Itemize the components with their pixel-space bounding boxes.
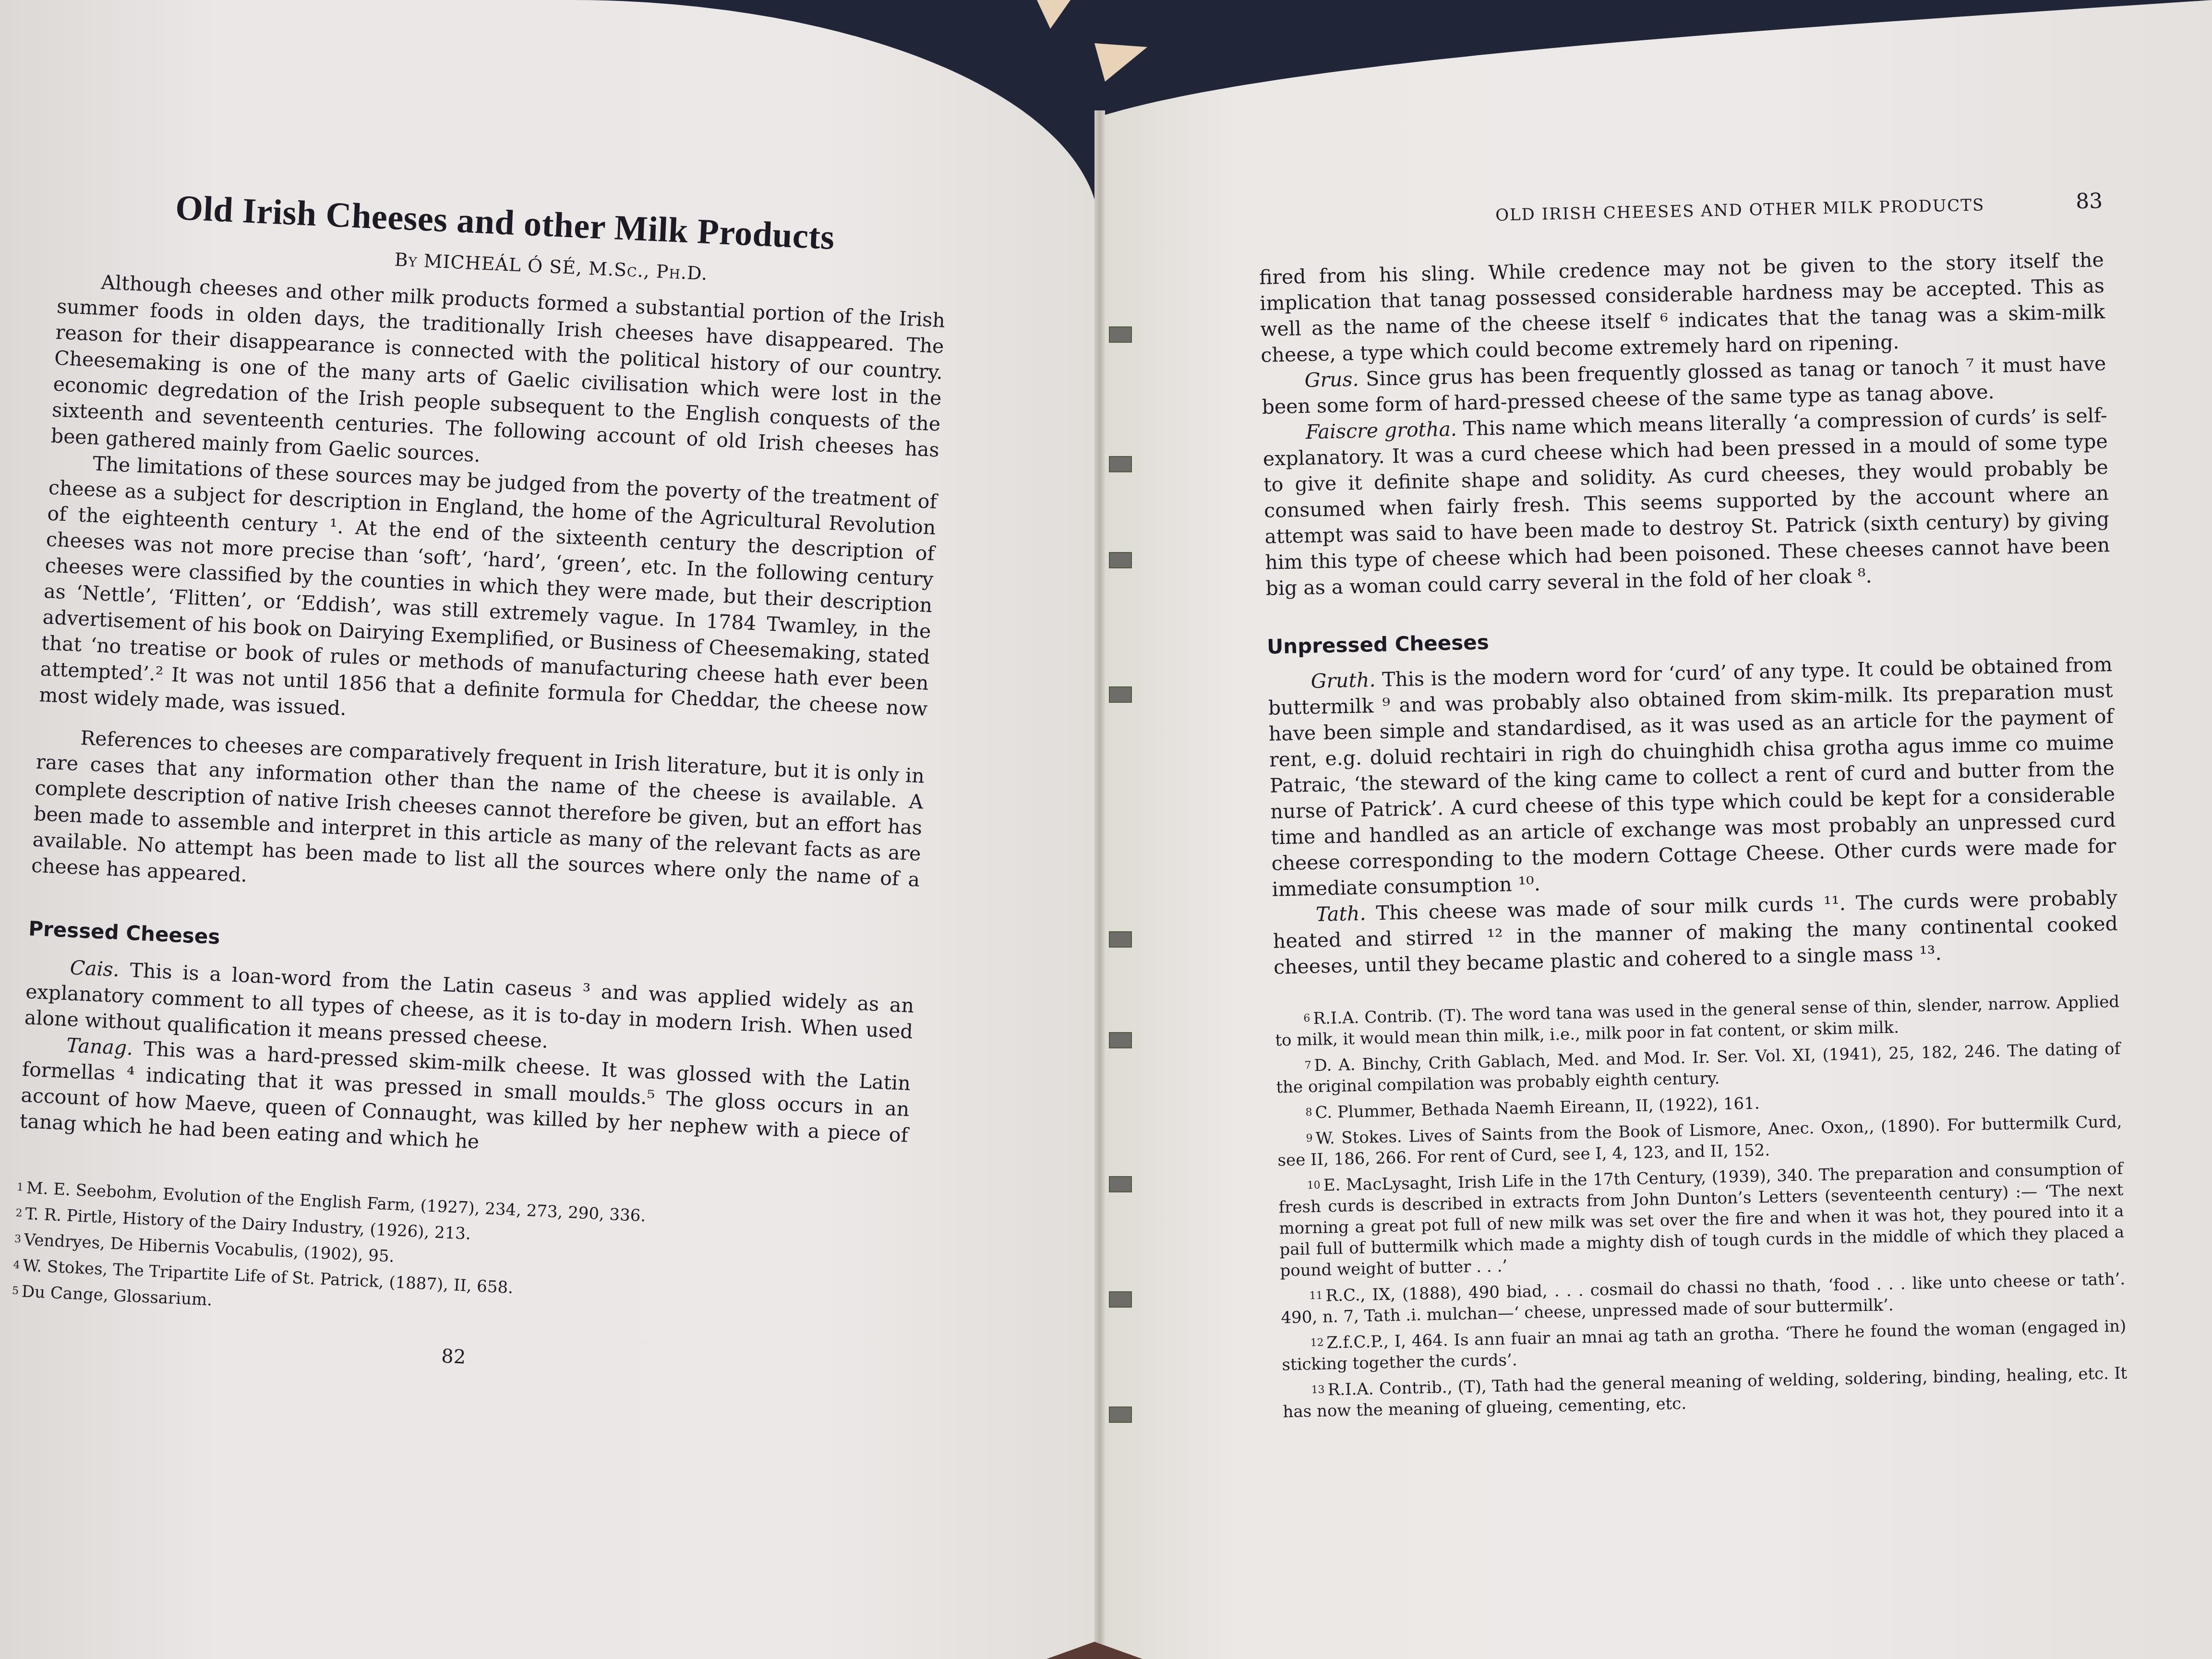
footnote: 10E. MacLysaght, Irish Life in the 17th … bbox=[1278, 1158, 2125, 1282]
footnote-number: 13 bbox=[1311, 1384, 1325, 1396]
running-head-title: OLD IRISH CHEESES AND OTHER MILK PRODUCT… bbox=[1495, 195, 1985, 225]
entry-term: Grus. bbox=[1304, 368, 1359, 392]
section-heading-unpressed-cheeses: Unpressed Cheeses bbox=[1267, 617, 2112, 659]
book-cover-edge bbox=[1046, 1642, 1142, 1659]
entry-text: This is the modern word for ‘curd’ of an… bbox=[1268, 653, 2116, 901]
footnote-number: 9 bbox=[1306, 1132, 1313, 1144]
binding-stitch bbox=[1109, 326, 1132, 343]
book-spine bbox=[1094, 110, 1105, 1659]
limitations-paragraph: The limitations of these sources may be … bbox=[38, 448, 938, 747]
continuation-paragraph: fired from his sling. While credence may… bbox=[1259, 247, 2106, 368]
footnote-number: 11 bbox=[1309, 1290, 1323, 1302]
left-footnotes: 1M. E. Seebohm, Evolution of the English… bbox=[12, 1177, 904, 1342]
footnote-number: 8 bbox=[1305, 1106, 1312, 1118]
binding-stitch bbox=[1109, 1032, 1132, 1048]
binding-stitch bbox=[1109, 931, 1132, 948]
right-footnotes: 6R.I.A. Contrib. (T). The word tana was … bbox=[1274, 991, 2128, 1423]
footnote-number: 2 bbox=[15, 1207, 23, 1220]
footnote-number: 3 bbox=[14, 1233, 21, 1246]
binding-stitch bbox=[1109, 1407, 1132, 1423]
footnote-number: 5 bbox=[12, 1285, 19, 1298]
binding-stitch bbox=[1109, 552, 1132, 568]
entry-faiscre-grotha: Faiscre grotha. This name which means li… bbox=[1262, 402, 2111, 601]
entry-term: Tanag. bbox=[66, 1034, 133, 1059]
entry-term: Gruth. bbox=[1310, 668, 1376, 693]
entry-text: This cheese was made of sour milk curds … bbox=[1273, 886, 2118, 979]
right-page-content: OLD IRISH CHEESES AND OTHER MILK PRODUCT… bbox=[1258, 189, 2128, 1427]
binding-stitch bbox=[1109, 1176, 1132, 1192]
binding-stitch bbox=[1109, 1291, 1132, 1308]
references-paragraph: References to cheeses are comparatively … bbox=[31, 723, 925, 919]
footnote-number: 12 bbox=[1310, 1337, 1324, 1349]
footnote-text: Du Cange, Glossarium. bbox=[21, 1282, 213, 1310]
entry-gruth: Gruth. This is the modern word for ‘curd… bbox=[1267, 651, 2117, 902]
footnote-number: 4 bbox=[13, 1259, 20, 1272]
footnote-number: 10 bbox=[1307, 1179, 1321, 1192]
footnote-number: 7 bbox=[1304, 1059, 1311, 1071]
left-page-content: Old Irish Cheeses and other Milk Product… bbox=[10, 182, 950, 1388]
footnote-text: E. MacLysaght, Irish Life in the 17th Ce… bbox=[1278, 1159, 2124, 1281]
footnote-number: 1 bbox=[16, 1181, 24, 1194]
binding-stitch bbox=[1109, 686, 1132, 703]
entry-term: Cais. bbox=[70, 956, 120, 981]
entry-term: Tath. bbox=[1315, 902, 1366, 926]
entry-term: Faiscre grotha. bbox=[1305, 417, 1457, 444]
binding-stitch bbox=[1109, 456, 1132, 472]
page-number-right: 83 bbox=[2076, 189, 2103, 214]
footnote-number: 6 bbox=[1303, 1012, 1310, 1024]
footnote-text: C. Plummer, Bethada Naemh Eireann, II, (… bbox=[1315, 1094, 1760, 1122]
